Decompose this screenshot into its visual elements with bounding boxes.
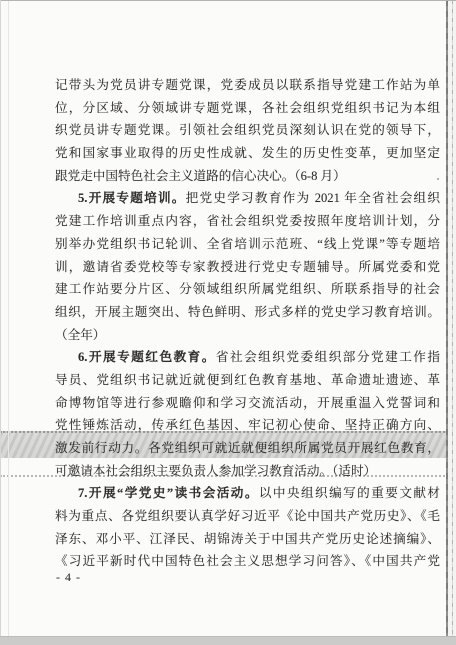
heading-run: 5.开展专题培训。 — [78, 191, 186, 205]
text-run: 省社会组织党委组织部分党建工作指 — [216, 350, 440, 364]
scan-edge-line-faint — [452, 0, 453, 637]
document-line: 《习近平新时代中国特色社会主义思想学习问答》、《中国共产党 — [55, 550, 440, 573]
document-line: 5.开展专题培训。把党史学习教育作为 2021 年全省社会组织 — [55, 187, 440, 210]
text-run: 党性锤炼活动，传承红色基因、牢记初心使命、坚持正确方向、 — [55, 418, 440, 432]
page-number: - 4 - — [56, 570, 81, 585]
text-run: 激发前行动力。各党组织可就近就便组织所属党员开展红色教育， — [55, 441, 440, 455]
text-run: 料为重点、各党组织要认真学好习近平《论中国共产党历史》、《毛 — [55, 509, 440, 523]
text-run: 织党员讲专题党课。引领社会组织党员深刻认识在党的领导下， — [55, 123, 440, 137]
scan-left-edge — [0, 0, 1, 645]
document-line: 导员、党组织书记就近就便到红色教育基地、革命遗址遗迹、革 — [55, 369, 440, 392]
document-line: 命博物馆等进行参观瞻仰和学习交流活动，开展重温入党誓词和 — [55, 392, 440, 415]
text-run: 党建工作培训重点内容，省社会组织党委按照年度培训计划，分 — [55, 214, 440, 228]
document-line: 党和国家事业取得的历史性成就、发生的历史性变革，更加坚定 — [55, 142, 440, 165]
text-run: 训，邀请省委党校等专家教授进行党史专题辅导。所属党委和党 — [55, 260, 440, 274]
document-line: （全年） — [55, 324, 440, 347]
document-line: 织党员讲专题党课。引领社会组织党员深刻认识在党的领导下， — [55, 119, 440, 142]
scan-bottom-band — [0, 636, 456, 645]
text-run: 建工作站要分片区、分领域组织所属党组织、所联系指导的社会 — [55, 282, 440, 296]
text-run: 导员、党组织书记就近就便到红色教育基地、革命遗址遗迹、革 — [55, 373, 440, 387]
heading-run: 6.开展专题红色教育。 — [78, 350, 216, 364]
text-run: 位，分区域、分领域讲专题党课，各社会组织党组织书记为本组 — [55, 101, 440, 115]
text-run: 以中央组织编写的重要文献材 — [259, 486, 440, 500]
document-line: 泽东、邓小平、江泽民、胡锦涛关于中国共产党历史论述摘编》、 — [55, 528, 440, 551]
text-run: 党和国家事业取得的历史性成就、发生的历史性变革，更加坚定 — [55, 146, 440, 160]
text-run: 命博物馆等进行参观瞻仰和学习交流活动，开展重温入党誓词和 — [55, 396, 440, 410]
text-run: 泽东、邓小平、江泽民、胡锦涛关于中国共产党历史论述摘编》、 — [55, 532, 440, 546]
scanned-document-page: 记带头为党员讲专题党课，党委成员以联系指导党建工作站为单位，分区域、分领域讲专题… — [0, 0, 456, 645]
text-run: 可邀请本社会组织主要负责人参加学习教育活动。（适时） — [55, 464, 376, 478]
scan-edge-line — [446, 0, 448, 637]
text-run: 别举办党组织书记轮训、全省培训示范班、“线上党课”等专题培 — [55, 237, 440, 251]
document-line: 别举办党组织书记轮训、全省培训示范班、“线上党课”等专题培 — [55, 233, 440, 256]
document-line: 料为重点、各党组织要认真学好习近平《论中国共产党历史》、《毛 — [55, 505, 440, 528]
text-run: 跟党走中国特色社会主义道路的信心决心。（6-8 月） — [55, 169, 346, 183]
scan-top-edge — [0, 0, 456, 1]
document-line: 激发前行动力。各党组织可就近就便组织所属党员开展红色教育， — [55, 437, 440, 460]
text-run: 组织，开展主题突出、特色鲜明、形式多样的党史学习教育培训。 — [55, 305, 440, 319]
document-line: 6.开展专题红色教育。省社会组织党委组织部分党建工作指 — [55, 346, 440, 369]
document-line: 组织，开展主题突出、特色鲜明、形式多样的党史学习教育培训。 — [55, 301, 440, 324]
text-run: 记带头为党员讲专题党课，党委成员以联系指导党建工作站为单 — [55, 78, 440, 92]
page-fold-line — [8, 0, 9, 637]
document-line: 建工作站要分片区、分领域组织所属党组织、所联系指导的社会 — [55, 278, 440, 301]
document-line: 位，分区域、分领域讲专题党课，各社会组织党组织书记为本组 — [55, 97, 440, 120]
text-run: 《习近平新时代中国特色社会主义思想学习问答》、《中国共产党 — [55, 554, 440, 568]
document-line: 跟党走中国特色社会主义道路的信心决心。（6-8 月） — [55, 165, 440, 188]
document-line: 党性锤炼活动，传承红色基因、牢记初心使命、坚持正确方向、 — [55, 414, 440, 437]
text-run: 把党史学习教育作为 2021 年全省社会组织 — [186, 191, 440, 205]
heading-run: 7.开展“学党史”读书会活动。 — [78, 486, 259, 500]
document-line: 7.开展“学党史”读书会活动。以中央组织编写的重要文献材 — [55, 482, 440, 505]
text-run: （全年） — [55, 328, 105, 342]
text-block: 记带头为党员讲专题党课，党委成员以联系指导党建工作站为单位，分区域、分领域讲专题… — [55, 74, 440, 573]
document-line: 训，邀请省委党校等专家教授进行党史专题辅导。所属党委和党 — [55, 256, 440, 279]
document-line: 记带头为党员讲专题党课，党委成员以联系指导党建工作站为单 — [55, 74, 440, 97]
document-line: 党建工作培训重点内容，省社会组织党委按照年度培训计划，分 — [55, 210, 440, 233]
document-line: 可邀请本社会组织主要负责人参加学习教育活动。（适时） — [55, 460, 440, 483]
